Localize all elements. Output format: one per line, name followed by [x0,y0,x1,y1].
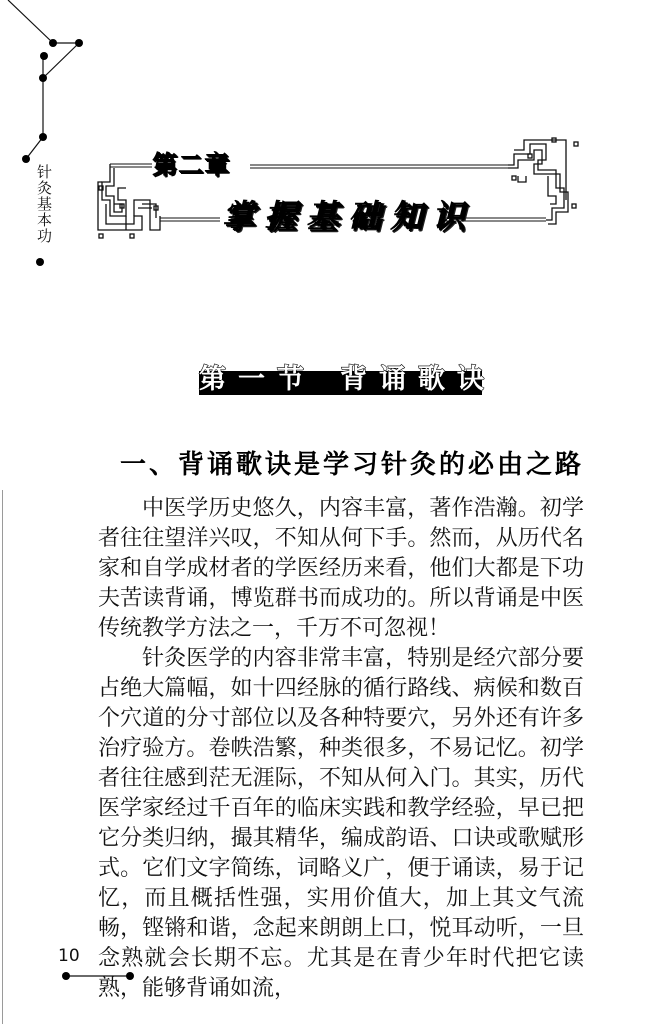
paragraph: 针灸医学的内容非常丰富，特别是经穴部分要占绝大篇幅，如十四经脉的循行路线、病候和… [98,644,584,1004]
chapter-number: 第二章 [152,150,230,180]
constellation-decoration-top [0,0,100,170]
left-fret-ornament [98,164,160,238]
page-number: 10 [58,946,80,966]
paragraph: 中医学历史悠久，内容丰富，著作浩瀚。初学者往往望洋兴叹，不知从何下手。然而，从历… [98,494,584,644]
right-fret-ornament [508,138,578,224]
page-edge-line [2,490,3,1024]
section-title: 背诵歌诀 [340,364,496,395]
chapter-title: 掌握基础知识 [222,196,474,236]
constellation-decoration-bottom [60,969,150,983]
bullet-dot-icon [35,257,45,267]
section-heading: 第一节背诵歌诀 [199,360,489,400]
body-text: 中医学历史悠久，内容丰富，著作浩瀚。初学者往往望洋兴叹，不知从何下手。然而，从历… [98,494,584,1004]
subsection-heading: 一、背诵歌诀是学习针灸的必由之路 [120,448,584,482]
section-number: 第一节 [199,364,316,395]
running-title: 针灸基本功 [24,164,52,244]
